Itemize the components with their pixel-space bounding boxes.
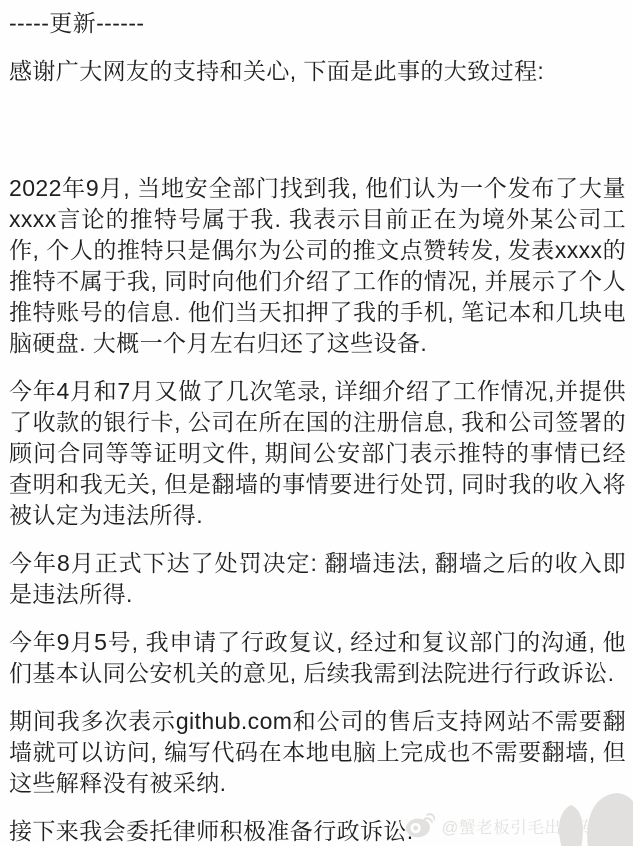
watermark: @蟹老板引毛出洞专用号 [404, 812, 630, 839]
weibo-logo-icon [404, 812, 435, 839]
post-body-text: -----更新------ 感谢广大网友的支持和关心, 下面是此事的大致过程: … [9, 8, 626, 846]
paragraph: 今年8月正式下达了处罚决定: 翻墙违法, 翻墙之后的收入即是违法所得. [9, 548, 626, 610]
paragraph: 今年4月和7月又做了几次笔录, 详细介绍了工作情况,并提供了收款的银行卡, 公司… [9, 376, 626, 531]
paragraph: 2022年9月, 当地安全部门找到我, 他们认为一个发布了大量xxxx言论的推特… [9, 173, 626, 359]
paragraph: 今年9月5号, 我申请了行政复议, 经过和复议部门的沟通, 他们基本认同公安机关… [9, 627, 626, 689]
intro-line: 感谢广大网友的支持和关心, 下面是此事的大致过程: [9, 56, 626, 87]
watermark-handle: @蟹老板引毛出洞专用号 [442, 814, 630, 838]
update-header: -----更新------ [9, 8, 626, 39]
post-screenshot: -----更新------ 感谢广大网友的支持和关心, 下面是此事的大致过程: … [0, 0, 633, 846]
